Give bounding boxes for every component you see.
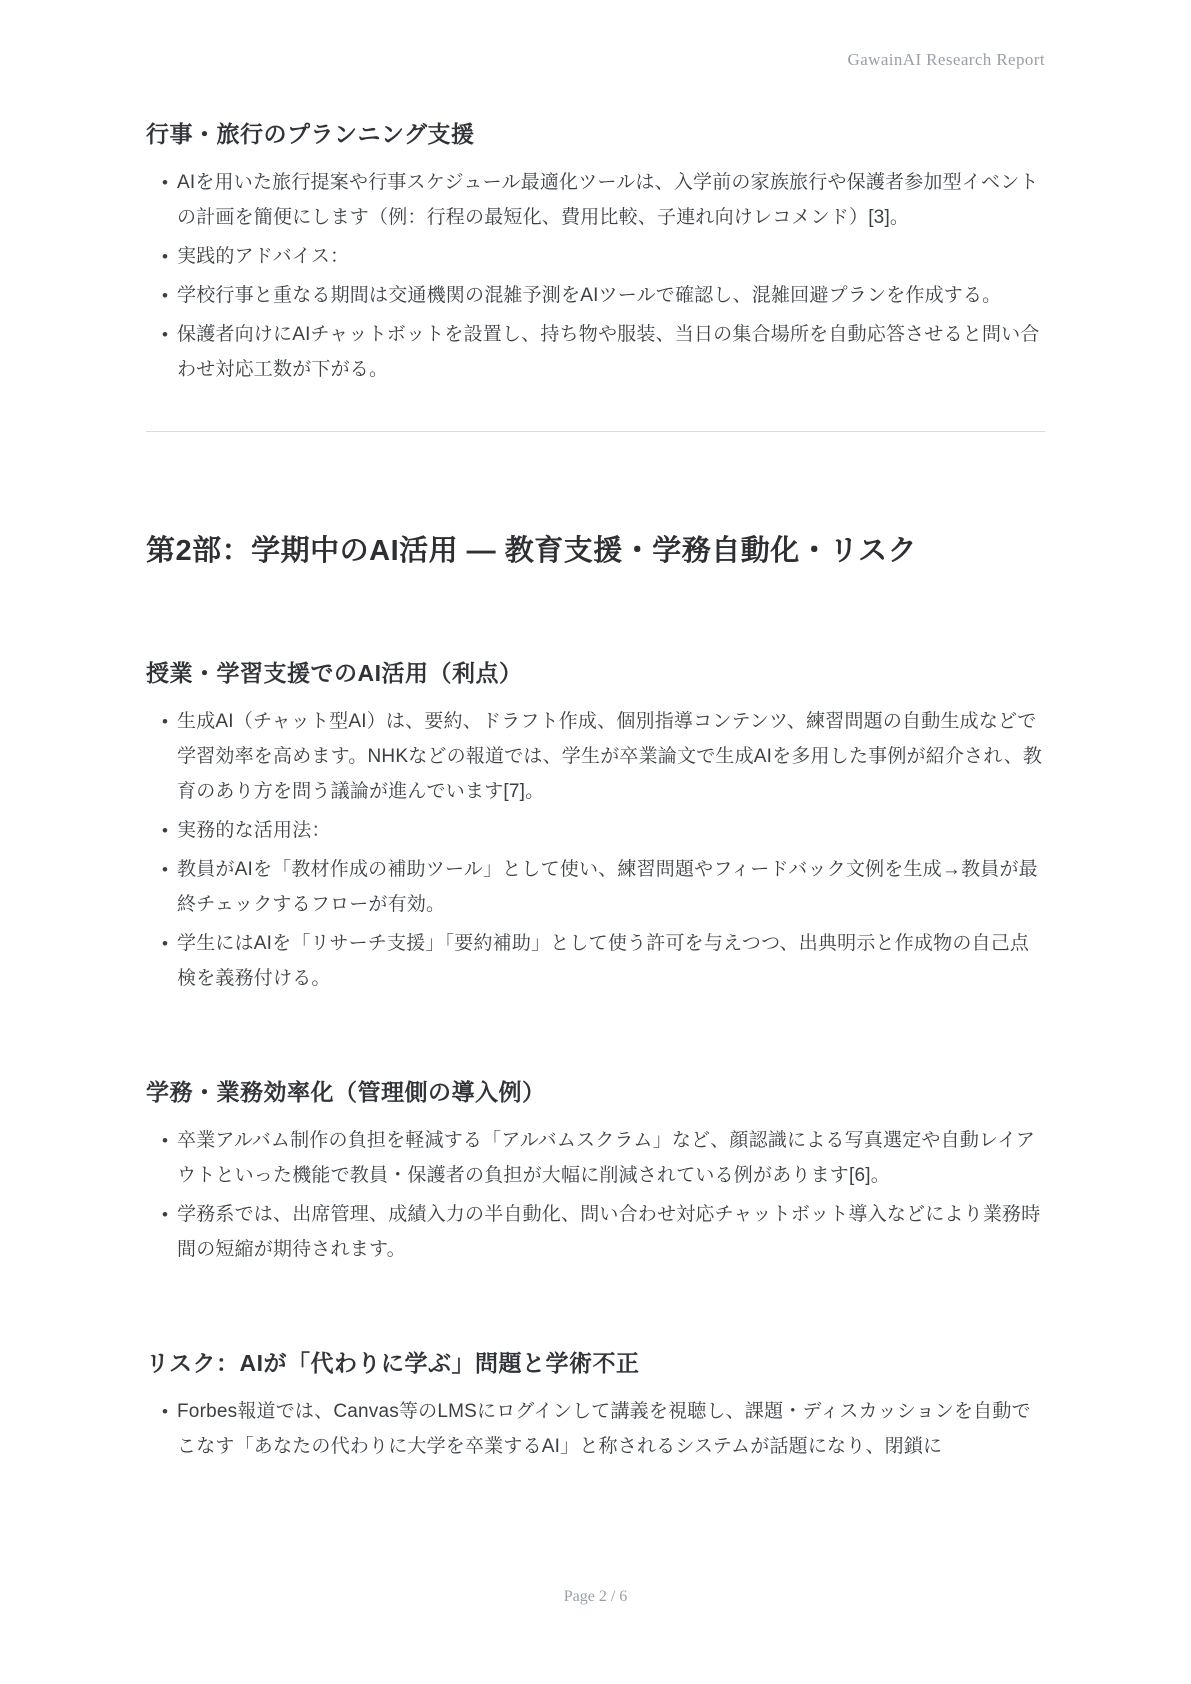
document-page: GawainAI Research Report 行事・旅行のプランニング支援 … — [0, 0, 1191, 1464]
bullet-item: 学生にはAIを「リサーチ支援」「要約補助」として使う許可を与えつつ、出典明示と作… — [160, 926, 1045, 996]
bullet-list-risk: Forbes報道では、Canvas等のLMSにログインして講義を視聴し、課題・デ… — [160, 1394, 1045, 1464]
bullet-list-admin-efficiency: 卒業アルバム制作の負担を軽減する「アルバムスクラム」など、顔認識による写真選定や… — [160, 1123, 1045, 1267]
bullet-item: AIを用いた旅行提案や行事スケジュール最適化ツールは、入学前の家族旅行や保護者参… — [160, 165, 1045, 235]
bullet-item: Forbes報道では、Canvas等のLMSにログインして講義を視聴し、課題・デ… — [160, 1394, 1045, 1464]
bullet-item: 学校行事と重なる期間は交通機関の混雑予測をAIツールで確認し、混雑回避プランを作… — [160, 278, 1045, 313]
section-divider — [146, 431, 1045, 432]
bullet-item: 実践的アドバイス： — [160, 239, 1045, 274]
bullet-list-event-travel: AIを用いた旅行提案や行事スケジュール最適化ツールは、入学前の家族旅行や保護者参… — [160, 165, 1045, 387]
section-heading-risk-academic-fraud: リスク：AIが「代わりに学ぶ」問題と学術不正 — [146, 1345, 1045, 1378]
bullet-item: 実務的な活用法： — [160, 813, 1045, 848]
bullet-item: 教員がAIを「教材作成の補助ツール」として使い、練習問題やフィードバック文例を生… — [160, 852, 1045, 922]
section-heading-admin-efficiency: 学務・業務効率化（管理側の導入例） — [146, 1074, 1045, 1107]
bullet-item: 生成AI（チャット型AI）は、要約、ドラフト作成、個別指導コンテンツ、練習問題の… — [160, 704, 1045, 809]
bullet-item: 保護者向けにAIチャットボットを設置し、持ち物や服装、当日の集合場所を自動応答さ… — [160, 317, 1045, 387]
page-footer: Page 2 / 6 — [0, 1588, 1191, 1606]
section-heading-event-travel-planning: 行事・旅行のプランニング支援 — [146, 116, 1045, 149]
part2-heading: 第2部：学期中のAI活用 — 教育支援・学務自動化・リスク — [146, 528, 1045, 569]
bullet-list-class-learning: 生成AI（チャット型AI）は、要約、ドラフト作成、個別指導コンテンツ、練習問題の… — [160, 704, 1045, 996]
section-heading-class-learning-support: 授業・学習支援でのAI活用（利点） — [146, 655, 1045, 688]
bullet-item: 学務系では、出席管理、成績入力の半自動化、問い合わせ対応チャットボット導入などに… — [160, 1197, 1045, 1267]
report-header: GawainAI Research Report — [146, 0, 1045, 70]
bullet-item: 卒業アルバム制作の負担を軽減する「アルバムスクラム」など、顔認識による写真選定や… — [160, 1123, 1045, 1193]
